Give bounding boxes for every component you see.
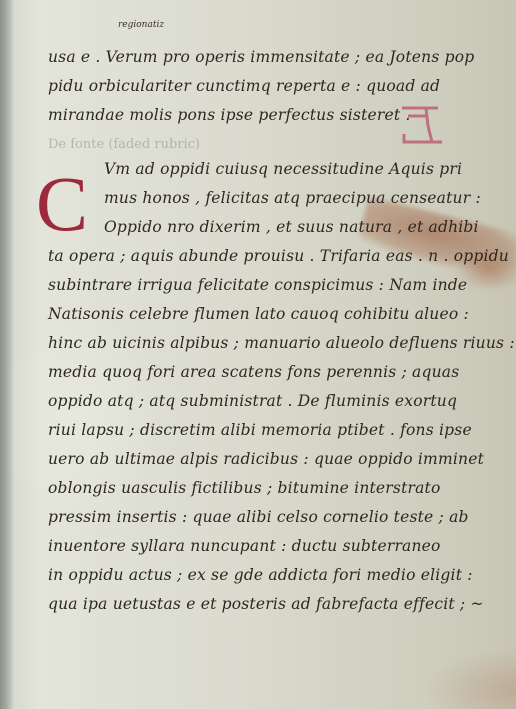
text-line: mirandae molis pons ipse perfectus siste…	[48, 106, 411, 124]
binding-gutter-shadow	[0, 0, 14, 709]
text-line: oppido atq ; atq subministrat . De flumi…	[48, 392, 457, 410]
text-line: riui lapsu ; discretim alibi memoria pti…	[48, 421, 472, 439]
text-line: inuentore syllara nuncupant : ductu subt…	[48, 537, 441, 555]
text-line: in oppidu actus ; ex se gde addicta fori…	[48, 566, 473, 584]
text-line: uero ab ultimae alpis radicibus : quae o…	[48, 450, 484, 468]
text-line: hinc ab uicinis alpibus ; manuario alueo…	[48, 334, 515, 352]
text-line: media quoq fori area scatens fons perenn…	[48, 363, 459, 381]
text-line: pidu orbiculariter cunctimq reperta e : …	[48, 77, 440, 95]
text-line: oblongis uasculis fictilibus ; bitumine …	[48, 479, 441, 497]
text-line: ta opera ; aquis abunde prouisu . Trifar…	[48, 247, 509, 265]
rubricated-initial: C	[36, 165, 88, 243]
red-marginal-bracket-icon	[400, 104, 448, 146]
text-line: mus honos , felicitas atq praecipua cens…	[104, 189, 481, 207]
text-line: qua ipa uetustas e et posteris ad fabref…	[48, 595, 484, 613]
text-line: pressim insertis : quae alibi celso corn…	[48, 508, 469, 526]
manuscript-page: regionatiz usa e . Verum pro operis imme…	[0, 0, 516, 709]
text-line: subintrare irrigua felicitate conspicimu…	[48, 276, 467, 294]
interlinear-gloss: regionatiz	[118, 20, 164, 30]
text-line: usa e . Verum pro operis immensitate ; e…	[48, 48, 474, 66]
text-line: Natisonis celebre flumen lato cauoq cohi…	[48, 305, 469, 323]
faded-rubric-heading: De fonte (faded rubric)	[48, 137, 200, 152]
text-line: Vm ad oppidi cuiusq necessitudine Aquis …	[104, 160, 462, 178]
text-line: Oppido nro dixerim , et suus natura , et…	[104, 218, 479, 236]
